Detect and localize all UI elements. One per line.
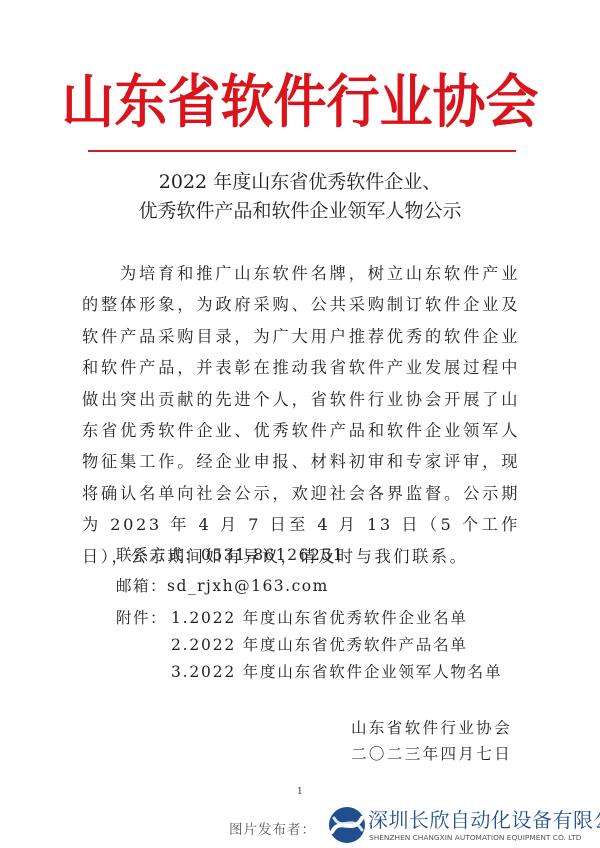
- page-number: 1: [297, 787, 303, 797]
- phone-label: 联系方式：: [116, 546, 201, 564]
- phone-number: 0531-86126251: [201, 546, 344, 564]
- contact-phone-line: 联系方式：0531-86126251: [116, 543, 344, 567]
- red-divider-line: [88, 150, 516, 152]
- attachment-item: 2.2022 年度山东省优秀软件产品名单: [171, 633, 468, 657]
- email-address[interactable]: sd_rjxh@163.com: [167, 577, 329, 595]
- email-label: 邮箱：: [116, 577, 167, 595]
- notice-body: 为培育和推广山东软件名牌，树立山东软件产业的整体形象，为政府采购、公共采购制订软…: [82, 258, 520, 572]
- masthead-title: 山东省软件行业协会: [0, 63, 600, 141]
- publisher-label: 图片发布者：: [229, 818, 316, 838]
- attachment-item: 3.2022 年度山东省软件企业领军人物名单: [171, 660, 502, 684]
- body-paragraph: 为培育和推广山东软件名牌，树立山东软件产业的整体形象，为政府采购、公共采购制订软…: [82, 258, 520, 572]
- notice-title-line-2: 优秀软件产品和软件企业领军人物公示: [0, 197, 600, 225]
- signature-organization: 山东省软件行业协会: [351, 716, 512, 740]
- watermark-company-english: SHENZHEN CHANGXIN AUTOMATION EQUIPMENT C…: [369, 833, 581, 843]
- changxin-logo-icon: [328, 806, 366, 844]
- notice-title-line-1: 2022 年度山东省优秀软件企业、: [0, 168, 600, 196]
- signature-date: 二〇二三年四月七日: [351, 742, 512, 766]
- watermark-company-name: 深圳长欣自动化设备有限公司: [368, 809, 600, 831]
- contact-email-line: 邮箱：sd_rjxh@163.com: [116, 574, 329, 598]
- attachment-item: 1.2022 年度山东省优秀软件企业名单: [171, 606, 468, 630]
- attachments-label: 附件：: [116, 606, 167, 630]
